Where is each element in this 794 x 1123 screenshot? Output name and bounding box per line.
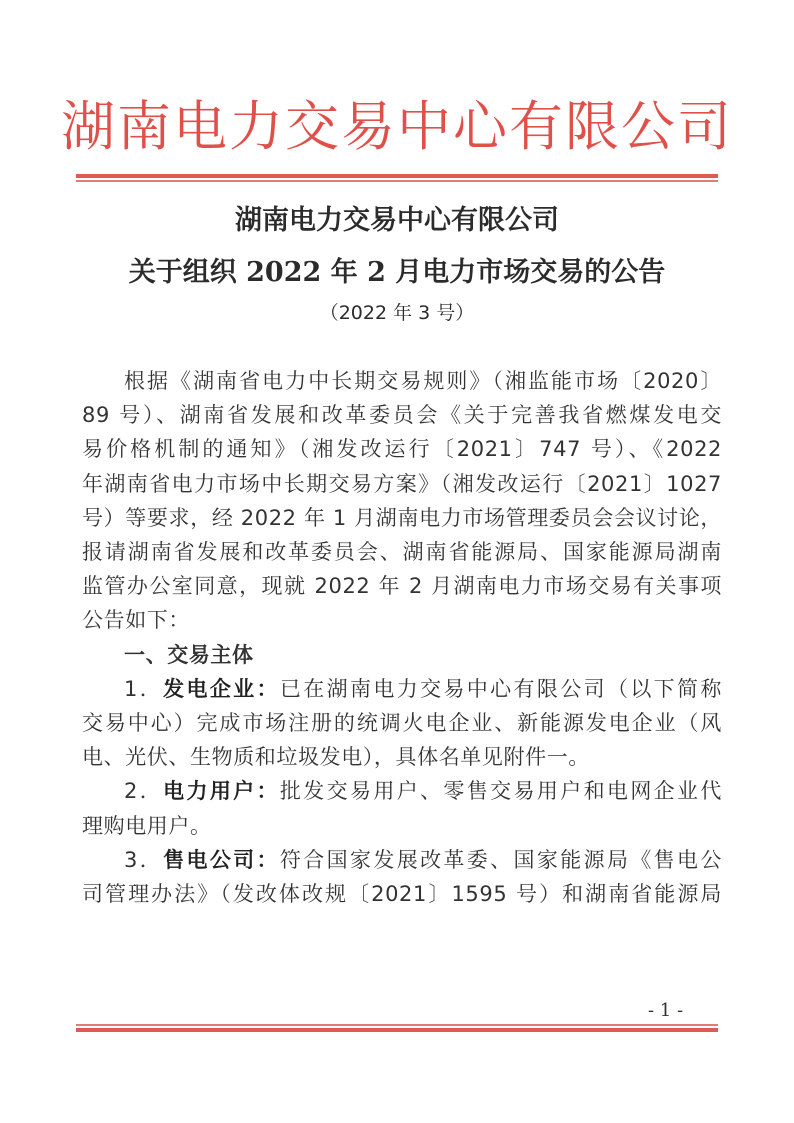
document-number: （2022 年 3 号）	[0, 298, 794, 325]
intro-line: 号）等要求，经 2022 年 1 月湖南电力市场管理委员会会议讨论，	[82, 501, 722, 535]
item-line: 电、光伏、生物质和垃圾发电），具体名单见附件一。	[82, 740, 722, 774]
intro-line: 年湖南省电力市场中长期交易方案》（湘发改运行〔2021〕1027	[82, 467, 722, 501]
footer-rule	[76, 1024, 718, 1032]
item-line: 理购电用户。	[82, 809, 722, 843]
item-text: 已在湖南电力交易中心有限公司（以下简称	[280, 677, 722, 701]
item-retail-companies: 3．售电公司：符合国家发展改革委、国家能源局《售电公	[82, 843, 722, 877]
masthead: 湖南电力交易中心有限公司	[0, 92, 794, 162]
item-line: 交易中心）完成市场注册的统调火电企业、新能源发电企业（风	[82, 706, 722, 740]
item-generation-companies: 1．发电企业：已在湖南电力交易中心有限公司（以下简称	[82, 672, 722, 706]
section-heading: 一、交易主体	[82, 638, 722, 672]
intro-line: 89 号）、湖南省发展和改革委员会《关于完善我省燃煤发电交	[82, 398, 722, 432]
item-number: 1．	[124, 677, 163, 701]
intro-line: 公告如下：	[82, 603, 722, 637]
document-body: 根据《湖南省电力中长期交易规则》（湘监能市场〔2020〕 89 号）、湖南省发展…	[82, 364, 722, 911]
item-number: 3．	[124, 848, 163, 872]
title-line-2: 关于组织 2022 年 2 月电力市场交易的公告	[0, 250, 794, 289]
item-number: 2．	[124, 779, 163, 803]
page-number: - 1 -	[648, 1000, 683, 1021]
item-text: 符合国家发展改革委、国家能源局《售电公	[280, 848, 722, 872]
intro-line: 监管办公室同意，现就 2022 年 2 月湖南电力市场交易有关事项	[82, 569, 722, 603]
item-term: 发电企业：	[163, 677, 280, 701]
title-line-1: 湖南电力交易中心有限公司	[0, 198, 794, 237]
intro-line: 易价格机制的通知》（湘发改运行〔2021〕747 号）、《2022	[82, 432, 722, 466]
item-line: 司管理办法》（发改体改规〔2021〕1595 号）和湖南省能源局	[82, 877, 722, 911]
item-power-users: 2．电力用户：批发交易用户、零售交易用户和电网企业代	[82, 774, 722, 808]
intro-line: 报请湖南省发展和改革委员会、湖南省能源局、国家能源局湖南	[82, 535, 722, 569]
item-term: 售电公司：	[163, 848, 280, 872]
intro-line: 根据《湖南省电力中长期交易规则》（湘监能市场〔2020〕	[82, 364, 722, 398]
masthead-rule	[76, 174, 718, 182]
item-term: 电力用户：	[163, 779, 280, 803]
item-text: 批发交易用户、零售交易用户和电网企业代	[280, 779, 722, 803]
